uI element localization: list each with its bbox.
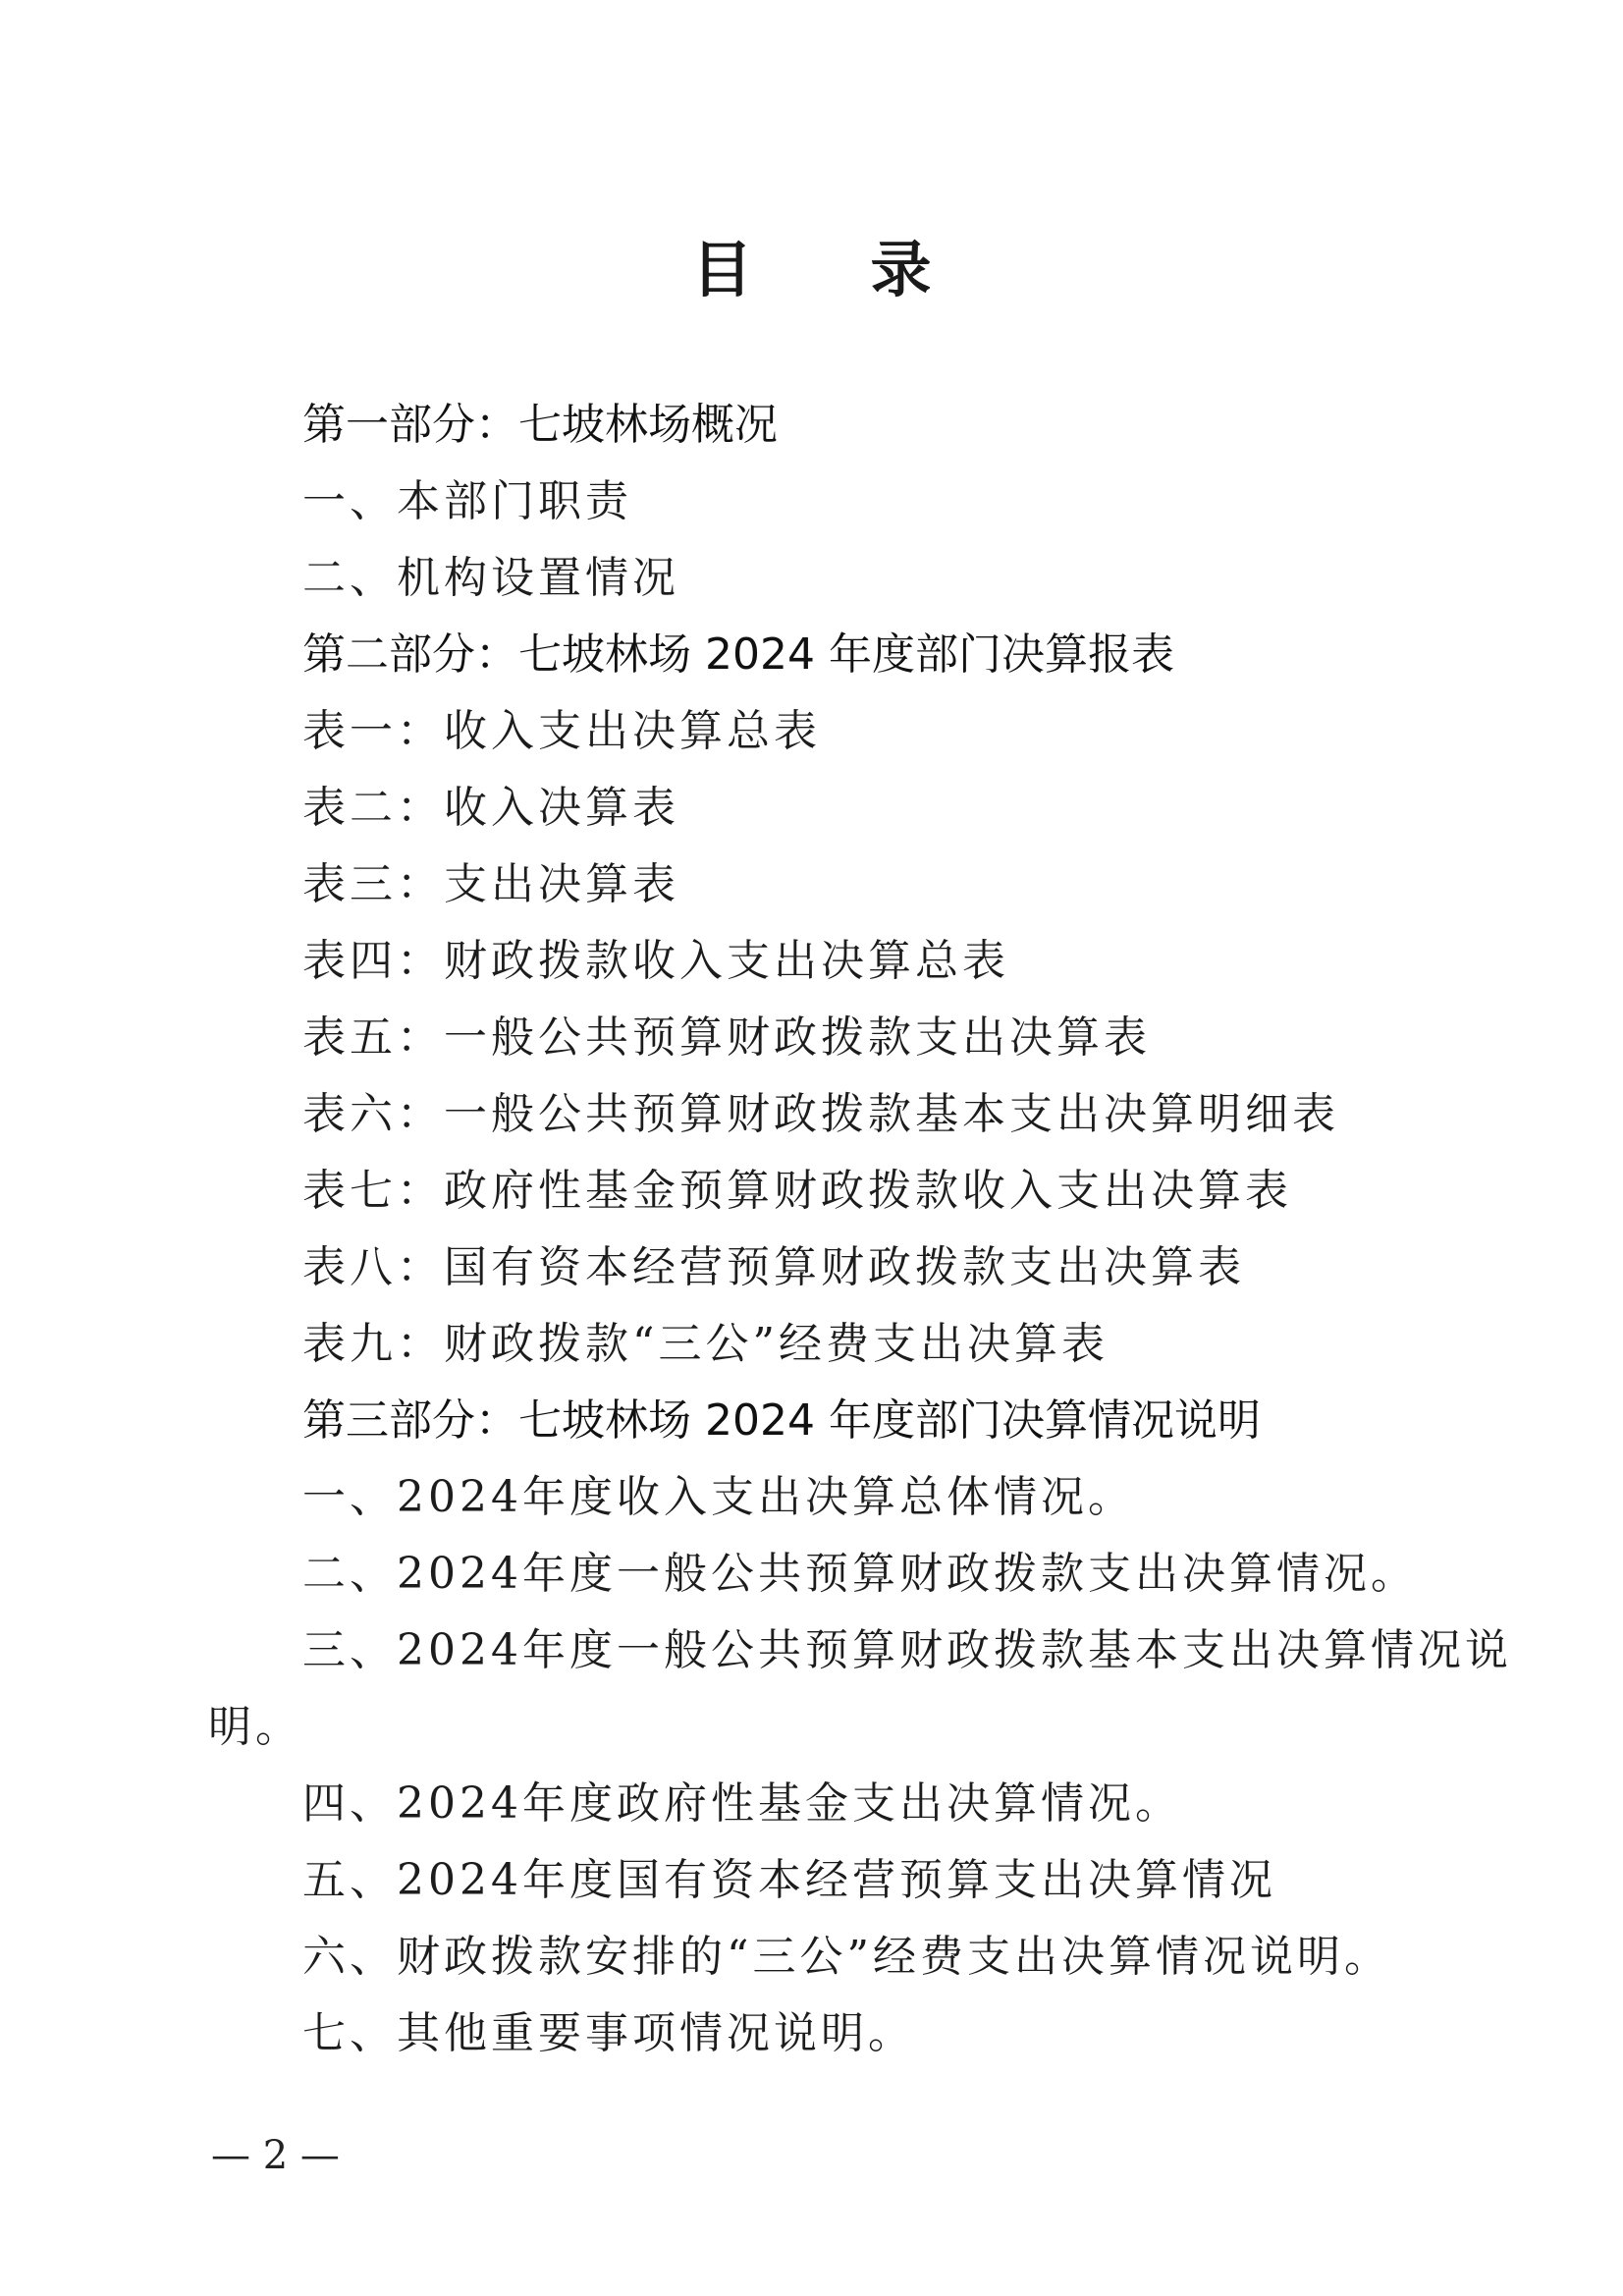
toc-part-heading: 第三部分：七坡林场 2024 年度部门决算情况说明 [302, 1394, 1261, 1449]
toc-entry: 一、本部门职责 [302, 474, 632, 529]
toc-part-heading: 第一部分：七坡林场概况 [302, 398, 778, 453]
toc-title-char-2: 录 [871, 221, 932, 308]
toc-entry: 一、2024年度收入支出决算总体情况。 [302, 1470, 1135, 1525]
toc-entry: 七、其他重要事项情况说明。 [302, 2006, 915, 2061]
toc-entry: 明。 [208, 1700, 302, 1755]
toc-entry: 二、2024年度一般公共预算财政拨款支出决算情况。 [302, 1547, 1418, 1602]
toc-entry: 表三：支出决算表 [302, 857, 679, 912]
toc-entry: 表五：一般公共预算财政拨款支出决算表 [302, 1011, 1151, 1066]
toc-entry: 六、财政拨款安排的“三公”经费支出决算情况说明。 [302, 1930, 1391, 1985]
toc-entry: 表七：政府性基金预算财政拨款收入支出决算表 [302, 1164, 1292, 1219]
toc-entry: 表四：财政拨款收入支出决算总表 [302, 934, 1009, 989]
toc-title-char-1: 目 [691, 221, 752, 308]
toc-entry: 表二：收入决算表 [302, 781, 679, 836]
toc-entry: 表六：一般公共预算财政拨款基本支出决算明细表 [302, 1087, 1339, 1142]
toc-entry: 表一：收入支出决算总表 [302, 704, 821, 759]
page-number: — 2 — [211, 2133, 340, 2178]
toc-entry: 表九：财政拨款“三公”经费支出决算表 [302, 1317, 1109, 1372]
document-page: 目录 第一部分：七坡林场概况一、本部门职责二、机构设置情况第二部分：七坡林场 2… [0, 0, 1623, 2296]
toc-entry: 三、2024年度一般公共预算财政拨款基本支出决算情况说 [302, 1623, 1512, 1678]
toc-entry: 二、机构设置情况 [302, 551, 679, 606]
toc-title: 目录 [0, 221, 1623, 308]
toc-entry: 表八：国有资本经营预算财政拨款支出决算表 [302, 1240, 1245, 1295]
toc-entry: 四、2024年度政府性基金支出决算情况。 [302, 1777, 1182, 1831]
toc-part-heading: 第二部分：七坡林场 2024 年度部门决算报表 [302, 628, 1174, 683]
toc-entry: 五、2024年度国有资本经营预算支出决算情况 [302, 1853, 1276, 1908]
